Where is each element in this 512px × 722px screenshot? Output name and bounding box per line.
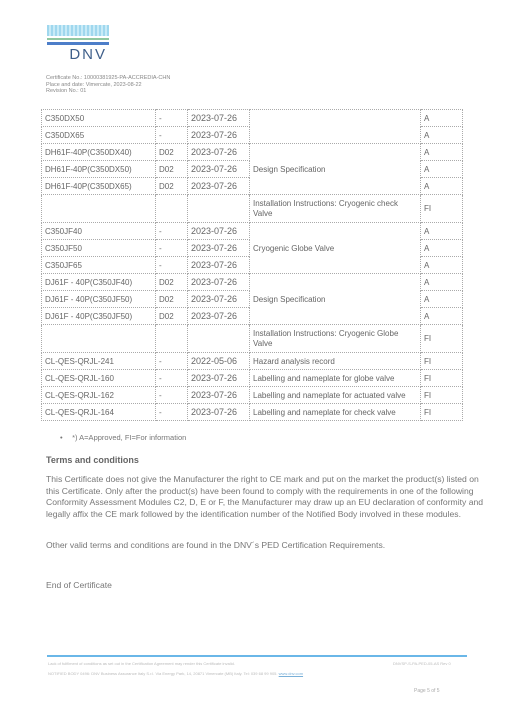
footer-address-text: NOTIFIED BODY 0496: DNV Business Assuran…: [48, 671, 278, 676]
table-row: Installation Instructions: Cryogenic Glo…: [42, 325, 463, 353]
footer-divider: [47, 655, 467, 657]
doc-id: DJ61F - 40P(C350JF40): [42, 274, 156, 291]
doc-date: [188, 325, 250, 353]
doc-status: A: [421, 223, 463, 240]
dnv-logo: DNV: [47, 25, 109, 63]
logo-text: DNV: [47, 47, 109, 63]
doc-status: A: [421, 240, 463, 257]
doc-description: Labelling and nameplate for check valve: [250, 404, 421, 421]
certificate-table: C350DX50 - 2023-07-26 A C350DX65 - 2023-…: [41, 109, 463, 421]
doc-id: C350JF65: [42, 257, 156, 274]
doc-date: [188, 195, 250, 223]
doc-description: Design Specification: [250, 144, 421, 195]
doc-rev: D02: [156, 178, 188, 195]
doc-status: A: [421, 161, 463, 178]
terms-body: This Certificate does not give the Manuf…: [46, 474, 486, 520]
doc-status: A: [421, 308, 463, 325]
doc-id: C350DX50: [42, 110, 156, 127]
doc-rev: D02: [156, 161, 188, 178]
doc-id: CL-QES-QRJL-162: [42, 387, 156, 404]
doc-rev: D02: [156, 144, 188, 161]
doc-status: FI: [421, 370, 463, 387]
doc-description: Design Specification: [250, 274, 421, 325]
table-row: CL-QES-QRJL-162 - 2023-07-26 Labelling a…: [42, 387, 463, 404]
doc-date: 2023-07-26: [188, 161, 250, 178]
doc-rev: -: [156, 127, 188, 144]
doc-id: DJ61F - 40P(C350JF50): [42, 291, 156, 308]
doc-id: C350JF40: [42, 223, 156, 240]
doc-date: 2023-07-26: [188, 178, 250, 195]
doc-date: 2023-07-26: [188, 404, 250, 421]
doc-rev: D02: [156, 291, 188, 308]
doc-id: CL-QES-QRJL-160: [42, 370, 156, 387]
status-legend: • *) A=Approved, FI=For information: [60, 433, 186, 442]
doc-rev: -: [156, 370, 188, 387]
revision-number: Revision No.: 01: [46, 88, 170, 95]
logo-bar-green: [47, 38, 109, 40]
logo-bar-top: [47, 25, 109, 36]
end-of-certificate: End of Certificate: [46, 580, 112, 590]
doc-rev: -: [156, 240, 188, 257]
other-terms: Other valid terms and conditions are fou…: [46, 540, 385, 550]
table-row: CL-QES-QRJL-164 - 2023-07-26 Labelling a…: [42, 404, 463, 421]
footer-address: NOTIFIED BODY 0496: DNV Business Assuran…: [48, 671, 303, 676]
doc-status: A: [421, 127, 463, 144]
table-row: C350JF40 - 2023-07-26 Cryogenic Globe Va…: [42, 223, 463, 240]
doc-description: Hazard analysis record: [250, 353, 421, 370]
doc-date: 2023-07-26: [188, 274, 250, 291]
doc-id: C350JF50: [42, 240, 156, 257]
doc-date: 2023-07-26: [188, 110, 250, 127]
doc-id: [42, 325, 156, 353]
doc-description: Cryogenic Globe Valve: [250, 223, 421, 274]
footer-form-code: DNVSP-S-PA-PED-05-AS Rev 0: [393, 661, 451, 666]
footer-website-link[interactable]: www.dnv.com: [279, 671, 303, 676]
doc-date: 2023-07-26: [188, 144, 250, 161]
bullet-icon: •: [60, 433, 70, 442]
doc-rev: [156, 195, 188, 223]
table-row: DH61F-40P(C350DX40) D02 2023-07-26 Desig…: [42, 144, 463, 161]
doc-rev: -: [156, 110, 188, 127]
table-row: C350DX50 - 2023-07-26 A: [42, 110, 463, 127]
table-row: CL-QES-QRJL-241 - 2022-05-06 Hazard anal…: [42, 353, 463, 370]
doc-description: Labelling and nameplate for globe valve: [250, 370, 421, 387]
doc-rev: D02: [156, 308, 188, 325]
doc-id: DH61F-40P(C350DX65): [42, 178, 156, 195]
page-number: Page 5 of 5: [414, 688, 440, 694]
table-row: Installation Instructions: Cryogenic che…: [42, 195, 463, 223]
doc-date: 2022-05-06: [188, 353, 250, 370]
legend-text: *) A=Approved, FI=For information: [72, 433, 186, 442]
doc-date: 2023-07-26: [188, 370, 250, 387]
doc-status: FI: [421, 325, 463, 353]
doc-date: 2023-07-26: [188, 240, 250, 257]
doc-status: A: [421, 274, 463, 291]
doc-date: 2023-07-26: [188, 291, 250, 308]
doc-id: DH61F-40P(C350DX50): [42, 161, 156, 178]
doc-status: FI: [421, 404, 463, 421]
footer-disclaimer: Lack of fulfilment of conditions as set …: [48, 661, 235, 666]
doc-status: A: [421, 257, 463, 274]
doc-rev: -: [156, 223, 188, 240]
terms-heading: Terms and conditions: [46, 455, 139, 465]
doc-status: FI: [421, 195, 463, 223]
doc-status: A: [421, 291, 463, 308]
doc-description: Labelling and nameplate for actuated val…: [250, 387, 421, 404]
doc-id: CL-QES-QRJL-164: [42, 404, 156, 421]
doc-description: Installation Instructions: Cryogenic che…: [250, 195, 421, 223]
doc-status: FI: [421, 353, 463, 370]
doc-rev: -: [156, 353, 188, 370]
doc-status: FI: [421, 387, 463, 404]
doc-id: DH61F-40P(C350DX40): [42, 144, 156, 161]
doc-date: 2023-07-26: [188, 257, 250, 274]
doc-status: A: [421, 144, 463, 161]
doc-status: A: [421, 178, 463, 195]
doc-description: [250, 110, 421, 144]
doc-date: 2023-07-26: [188, 308, 250, 325]
doc-date: 2023-07-26: [188, 223, 250, 240]
doc-id: [42, 195, 156, 223]
table-row: DJ61F - 40P(C350JF40) D02 2023-07-26 Des…: [42, 274, 463, 291]
logo-bar-blue: [47, 42, 109, 45]
doc-id: DJ61F - 40P(C350JF50): [42, 308, 156, 325]
doc-id: CL-QES-QRJL-241: [42, 353, 156, 370]
doc-date: 2023-07-26: [188, 127, 250, 144]
doc-id: C350DX65: [42, 127, 156, 144]
certificate-meta: Certificate No.: 10000381925-PA-ACCREDIA…: [46, 75, 170, 95]
doc-date: 2023-07-26: [188, 387, 250, 404]
doc-rev: D02: [156, 274, 188, 291]
doc-rev: -: [156, 387, 188, 404]
certificate-number: Certificate No.: 10000381925-PA-ACCREDIA…: [46, 75, 170, 82]
doc-rev: -: [156, 404, 188, 421]
doc-rev: -: [156, 257, 188, 274]
doc-status: A: [421, 110, 463, 127]
doc-rev: [156, 325, 188, 353]
table-row: CL-QES-QRJL-160 - 2023-07-26 Labelling a…: [42, 370, 463, 387]
doc-description: Installation Instructions: Cryogenic Glo…: [250, 325, 421, 353]
